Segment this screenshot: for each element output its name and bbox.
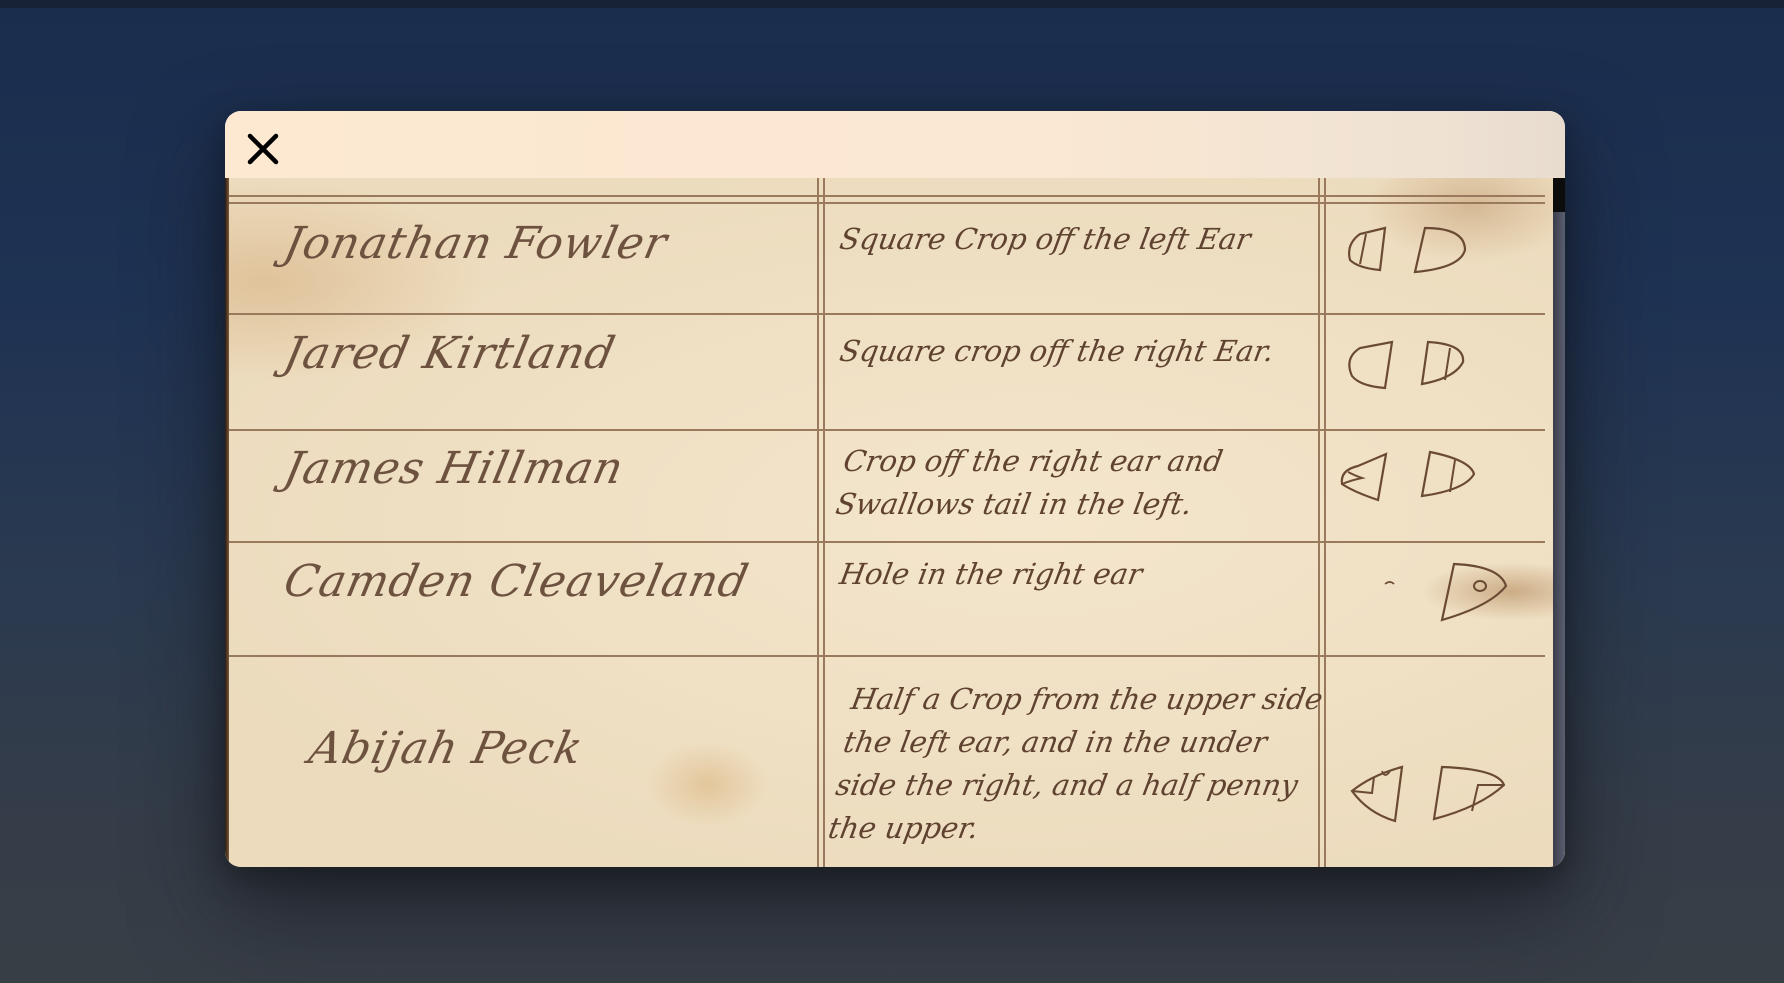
- header-rule: [225, 195, 1545, 197]
- close-button[interactable]: [243, 129, 283, 169]
- ledger-description: Crop off the right ear and Swallows tail…: [832, 440, 1322, 526]
- ledger-name: Camden Cleaveland: [280, 556, 754, 607]
- row-rule: [225, 313, 1545, 315]
- ear-mark-crop-right-swallowtail-left-icon: [1330, 448, 1545, 508]
- ledger-description: Square Crop off the left Ear: [836, 218, 1319, 261]
- ear-mark-square-crop-right-icon: [1330, 336, 1545, 396]
- row-rule: [225, 429, 1545, 431]
- header-rule: [225, 202, 1545, 204]
- page-edge-left: [225, 178, 229, 867]
- page-edge-right: [1553, 178, 1565, 867]
- ledger-description: Square crop off the right Ear.: [836, 330, 1319, 373]
- row-rule: [225, 655, 1545, 657]
- ear-mark-half-crop-halfpenny-icon: [1330, 763, 1545, 833]
- ear-mark-square-crop-left-icon: [1330, 220, 1545, 280]
- ledger-name: Jared Kirtland: [280, 328, 620, 379]
- column-rule: [817, 178, 819, 867]
- ledger-description: Hole in the right ear: [836, 553, 1319, 596]
- x-icon: [245, 131, 281, 167]
- row-rule: [225, 541, 1545, 543]
- manuscript-image: Jonathan Fowler Square Crop off the left…: [225, 178, 1565, 867]
- ledger-name: James Hillman: [280, 443, 629, 494]
- column-rule: [1318, 178, 1320, 867]
- column-rule: [1324, 178, 1326, 867]
- column-rule: [823, 178, 825, 867]
- ledger-name: Jonathan Fowler: [280, 218, 673, 269]
- ledger-name: Abijah Peck: [305, 723, 588, 774]
- modal-header: [225, 111, 1565, 178]
- top-bar: [0, 0, 1784, 8]
- ledger-description: Half a Crop from the upper side the left…: [825, 678, 1330, 850]
- image-viewer-modal: Jonathan Fowler Square Crop off the left…: [225, 111, 1565, 867]
- ear-mark-hole-right-icon: [1330, 550, 1545, 630]
